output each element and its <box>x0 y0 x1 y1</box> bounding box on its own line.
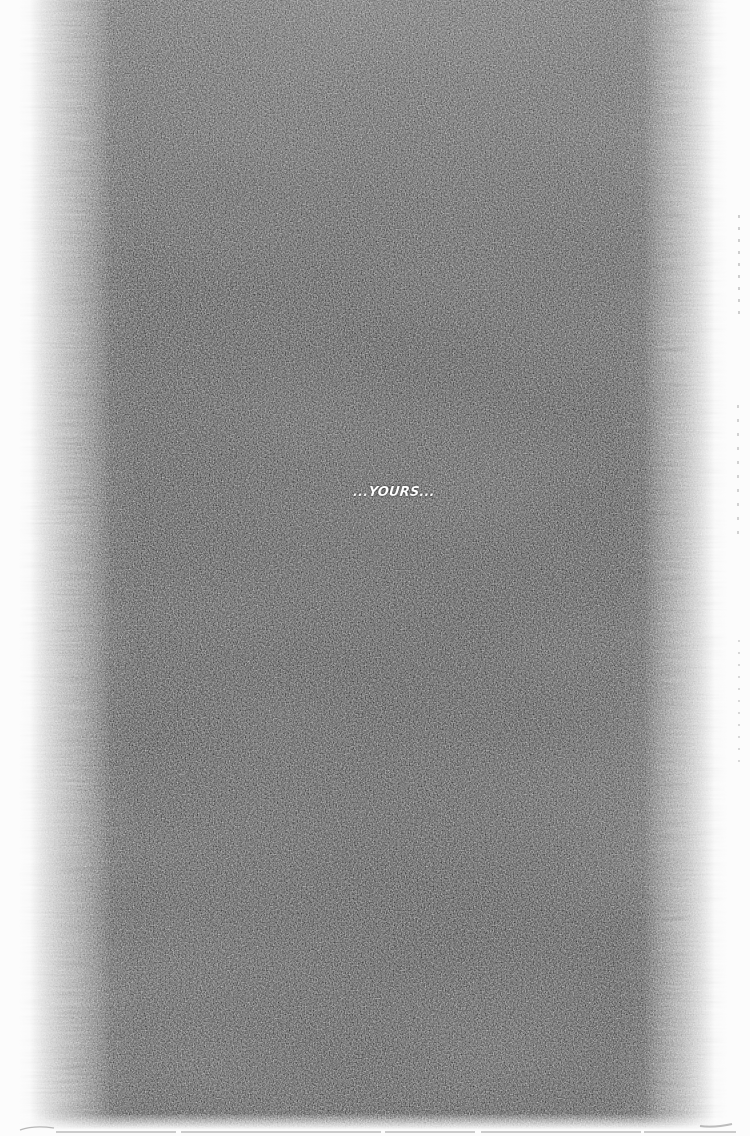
left-edge-streaks <box>18 0 140 1136</box>
scanned-panel-texture <box>0 0 750 1136</box>
manga-page: ...YOURS... <box>0 0 750 1136</box>
right-edge-streaks <box>612 0 728 1136</box>
caption-text: ...YOURS... <box>338 484 450 501</box>
